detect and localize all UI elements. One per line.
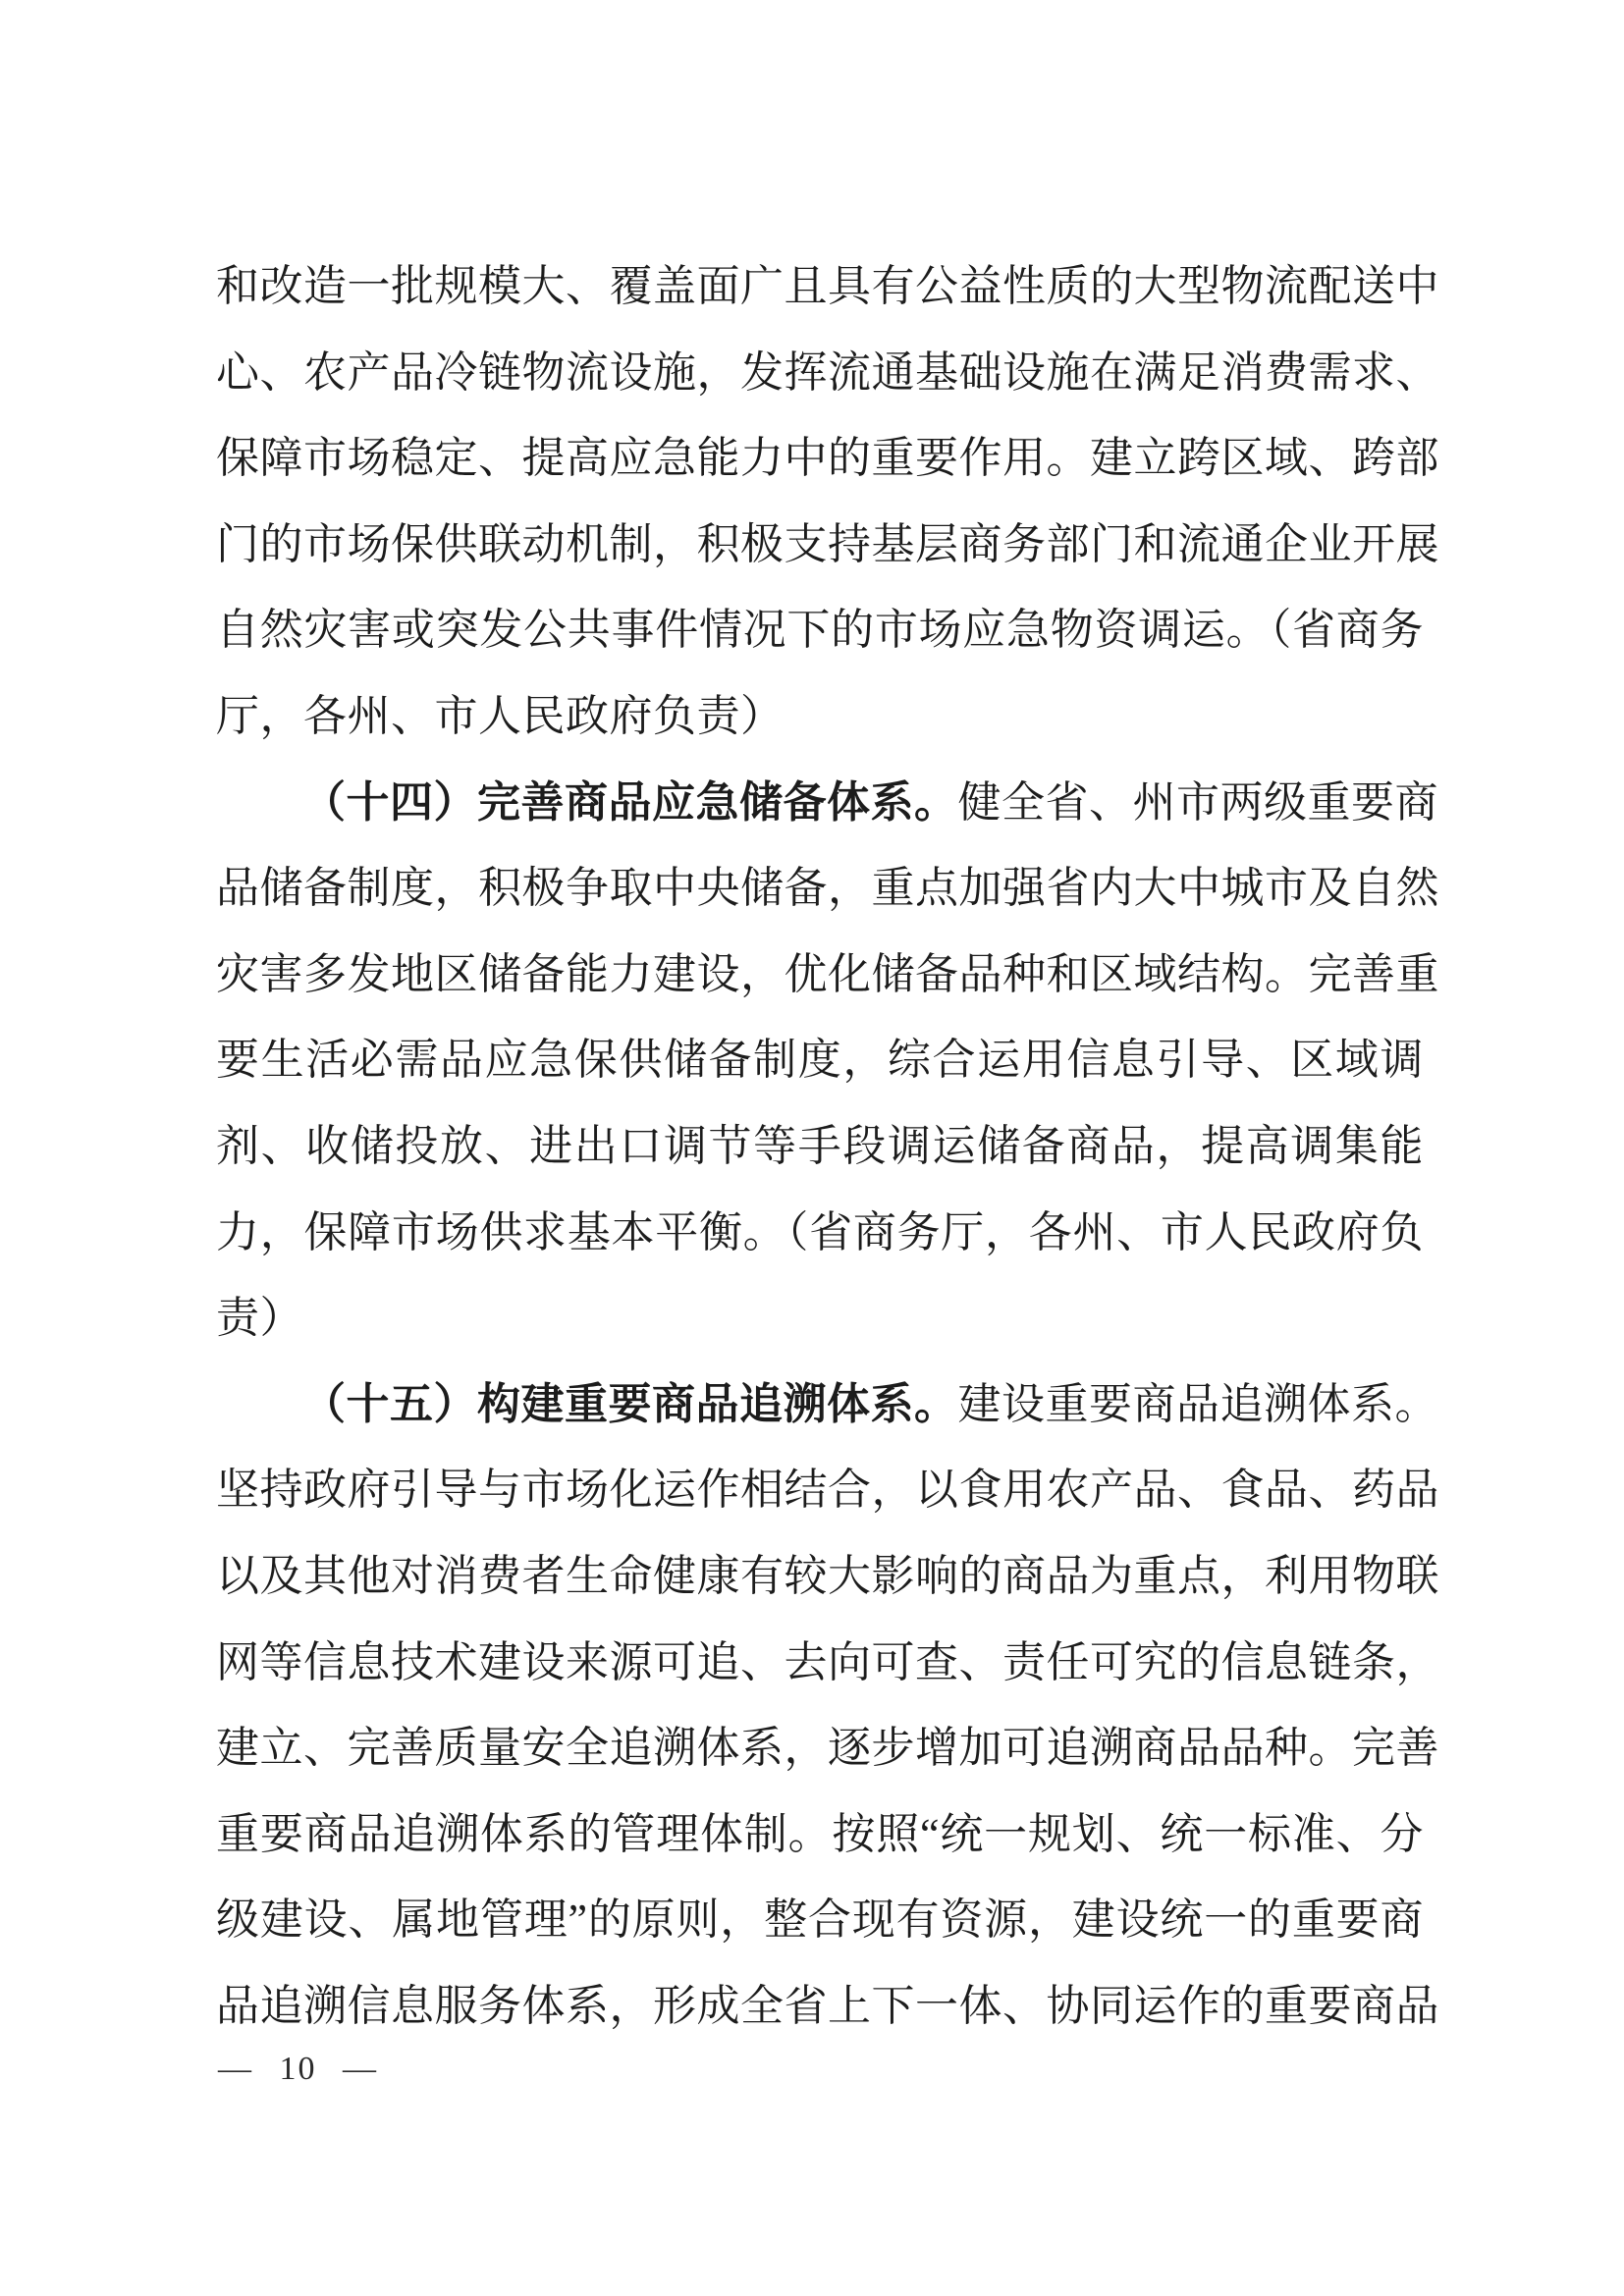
text-segment: 厅，各州、市人民政府负责） bbox=[216, 692, 785, 740]
text-line: 重要商品追溯体系的管理体制。按照“统一规划、统一标准、分 bbox=[216, 1791, 1424, 1878]
text-segment: 建立、完善质量安全追溯体系，逐步增加可追溯商品品种。完善 bbox=[216, 1724, 1439, 1772]
text-line: （十四）完善商品应急储备体系。健全省、州市两级重要商 bbox=[216, 760, 1424, 846]
text-line: 心、农产品冷链物流设施，发挥流通基础设施在满足消费需求、 bbox=[216, 330, 1424, 416]
text-segment: 以及其他对消费者生命健康有较大影响的商品为重点，利用物联 bbox=[216, 1552, 1439, 1600]
text-line: 自然灾害或突发公共事件情况下的市场应急物资调运。（省商务 bbox=[216, 587, 1424, 673]
text-segment: 要生活必需品应急保供储备制度，综合运用信息引导、区域调 bbox=[216, 1036, 1424, 1084]
text-line: 品储备制度，积极争取中央储备，重点加强省内大中城市及自然 bbox=[216, 845, 1424, 932]
text-segment: 剂、收储投放、进出口调节等手段调运储备商品，提高调集能 bbox=[216, 1122, 1424, 1170]
text-line: 剂、收储投放、进出口调节等手段调运储备商品，提高调集能 bbox=[216, 1103, 1424, 1190]
text-line: 和改造一批规模大、覆盖面广且具有公益性质的大型物流配送中 bbox=[216, 243, 1424, 330]
document-body: 和改造一批规模大、覆盖面广且具有公益性质的大型物流配送中心、农产品冷链物流设施，… bbox=[216, 243, 1424, 2049]
text-line: 品追溯信息服务体系，形成全省上下一体、协同运作的重要商品 bbox=[216, 1963, 1424, 2050]
text-segment: 心、农产品冷链物流设施，发挥流通基础设施在满足消费需求、 bbox=[216, 348, 1439, 397]
text-line: 要生活必需品应急保供储备制度，综合运用信息引导、区域调 bbox=[216, 1017, 1424, 1103]
text-segment: 网等信息技术建设来源可追、去向可查、责任可究的信息链条， bbox=[216, 1638, 1439, 1686]
text-segment: 品追溯信息服务体系，形成全省上下一体、协同运作的重要商品 bbox=[216, 1982, 1439, 2030]
text-segment: 自然灾害或突发公共事件情况下的市场应急物资调运。（省商务 bbox=[216, 606, 1424, 654]
text-line: 门的市场保供联动机制，积极支持基层商务部门和流通企业开展 bbox=[216, 502, 1424, 588]
section-heading: （十五）构建重要商品追溯体系。 bbox=[302, 1380, 958, 1428]
text-segment: 级建设、属地管理”的原则，整合现有资源，建设统一的重要商 bbox=[216, 1896, 1424, 1944]
text-line: 坚持政府引导与市场化运作相结合，以食用农产品、食品、药品 bbox=[216, 1447, 1424, 1533]
text-line: 网等信息技术建设来源可追、去向可查、责任可究的信息链条， bbox=[216, 1620, 1424, 1706]
text-line: 灾害多发地区储备能力建设，优化储备品种和区域结构。完善重 bbox=[216, 932, 1424, 1018]
document-page: 和改造一批规模大、覆盖面广且具有公益性质的大型物流配送中心、农产品冷链物流设施，… bbox=[0, 0, 1624, 2296]
text-line: 级建设、属地管理”的原则，整合现有资源，建设统一的重要商 bbox=[216, 1877, 1424, 1963]
text-line: （十五）构建重要商品追溯体系。建设重要商品追溯体系。 bbox=[216, 1362, 1424, 1448]
text-line: 力，保障市场供求基本平衡。（省商务厅，各州、市人民政府负 bbox=[216, 1190, 1424, 1276]
text-segment: 健全省、州市两级重要商 bbox=[958, 778, 1439, 827]
text-segment: 门的市场保供联动机制，积极支持基层商务部门和流通企业开展 bbox=[216, 520, 1439, 568]
text-segment: 品储备制度，积极争取中央储备，重点加强省内大中城市及自然 bbox=[216, 864, 1439, 912]
text-line: 厅，各州、市人民政府负责） bbox=[216, 673, 1424, 760]
text-line: 以及其他对消费者生命健康有较大影响的商品为重点，利用物联 bbox=[216, 1533, 1424, 1620]
text-segment: 和改造一批规模大、覆盖面广且具有公益性质的大型物流配送中 bbox=[216, 262, 1439, 310]
text-segment: 重要商品追溯体系的管理体制。按照“统一规划、统一标准、分 bbox=[216, 1810, 1424, 1858]
page-number-footer: — 10 — bbox=[218, 2048, 378, 2091]
text-segment: 灾害多发地区储备能力建设，优化储备品种和区域结构。完善重 bbox=[216, 950, 1439, 998]
text-line: 保障市场稳定、提高应急能力中的重要作用。建立跨区域、跨部 bbox=[216, 415, 1424, 502]
section-heading: （十四）完善商品应急储备体系。 bbox=[302, 778, 958, 827]
text-segment: 力，保障市场供求基本平衡。（省商务厅，各州、市人民政府负 bbox=[216, 1208, 1424, 1256]
text-segment: 责） bbox=[216, 1294, 303, 1342]
text-line: 建立、完善质量安全追溯体系，逐步增加可追溯商品品种。完善 bbox=[216, 1705, 1424, 1791]
text-segment: 建设重要商品追溯体系。 bbox=[958, 1380, 1439, 1428]
text-segment: 保障市场稳定、提高应急能力中的重要作用。建立跨区域、跨部 bbox=[216, 434, 1439, 482]
text-line: 责） bbox=[216, 1275, 1424, 1362]
text-segment: 坚持政府引导与市场化运作相结合，以食用农产品、食品、药品 bbox=[216, 1466, 1439, 1514]
